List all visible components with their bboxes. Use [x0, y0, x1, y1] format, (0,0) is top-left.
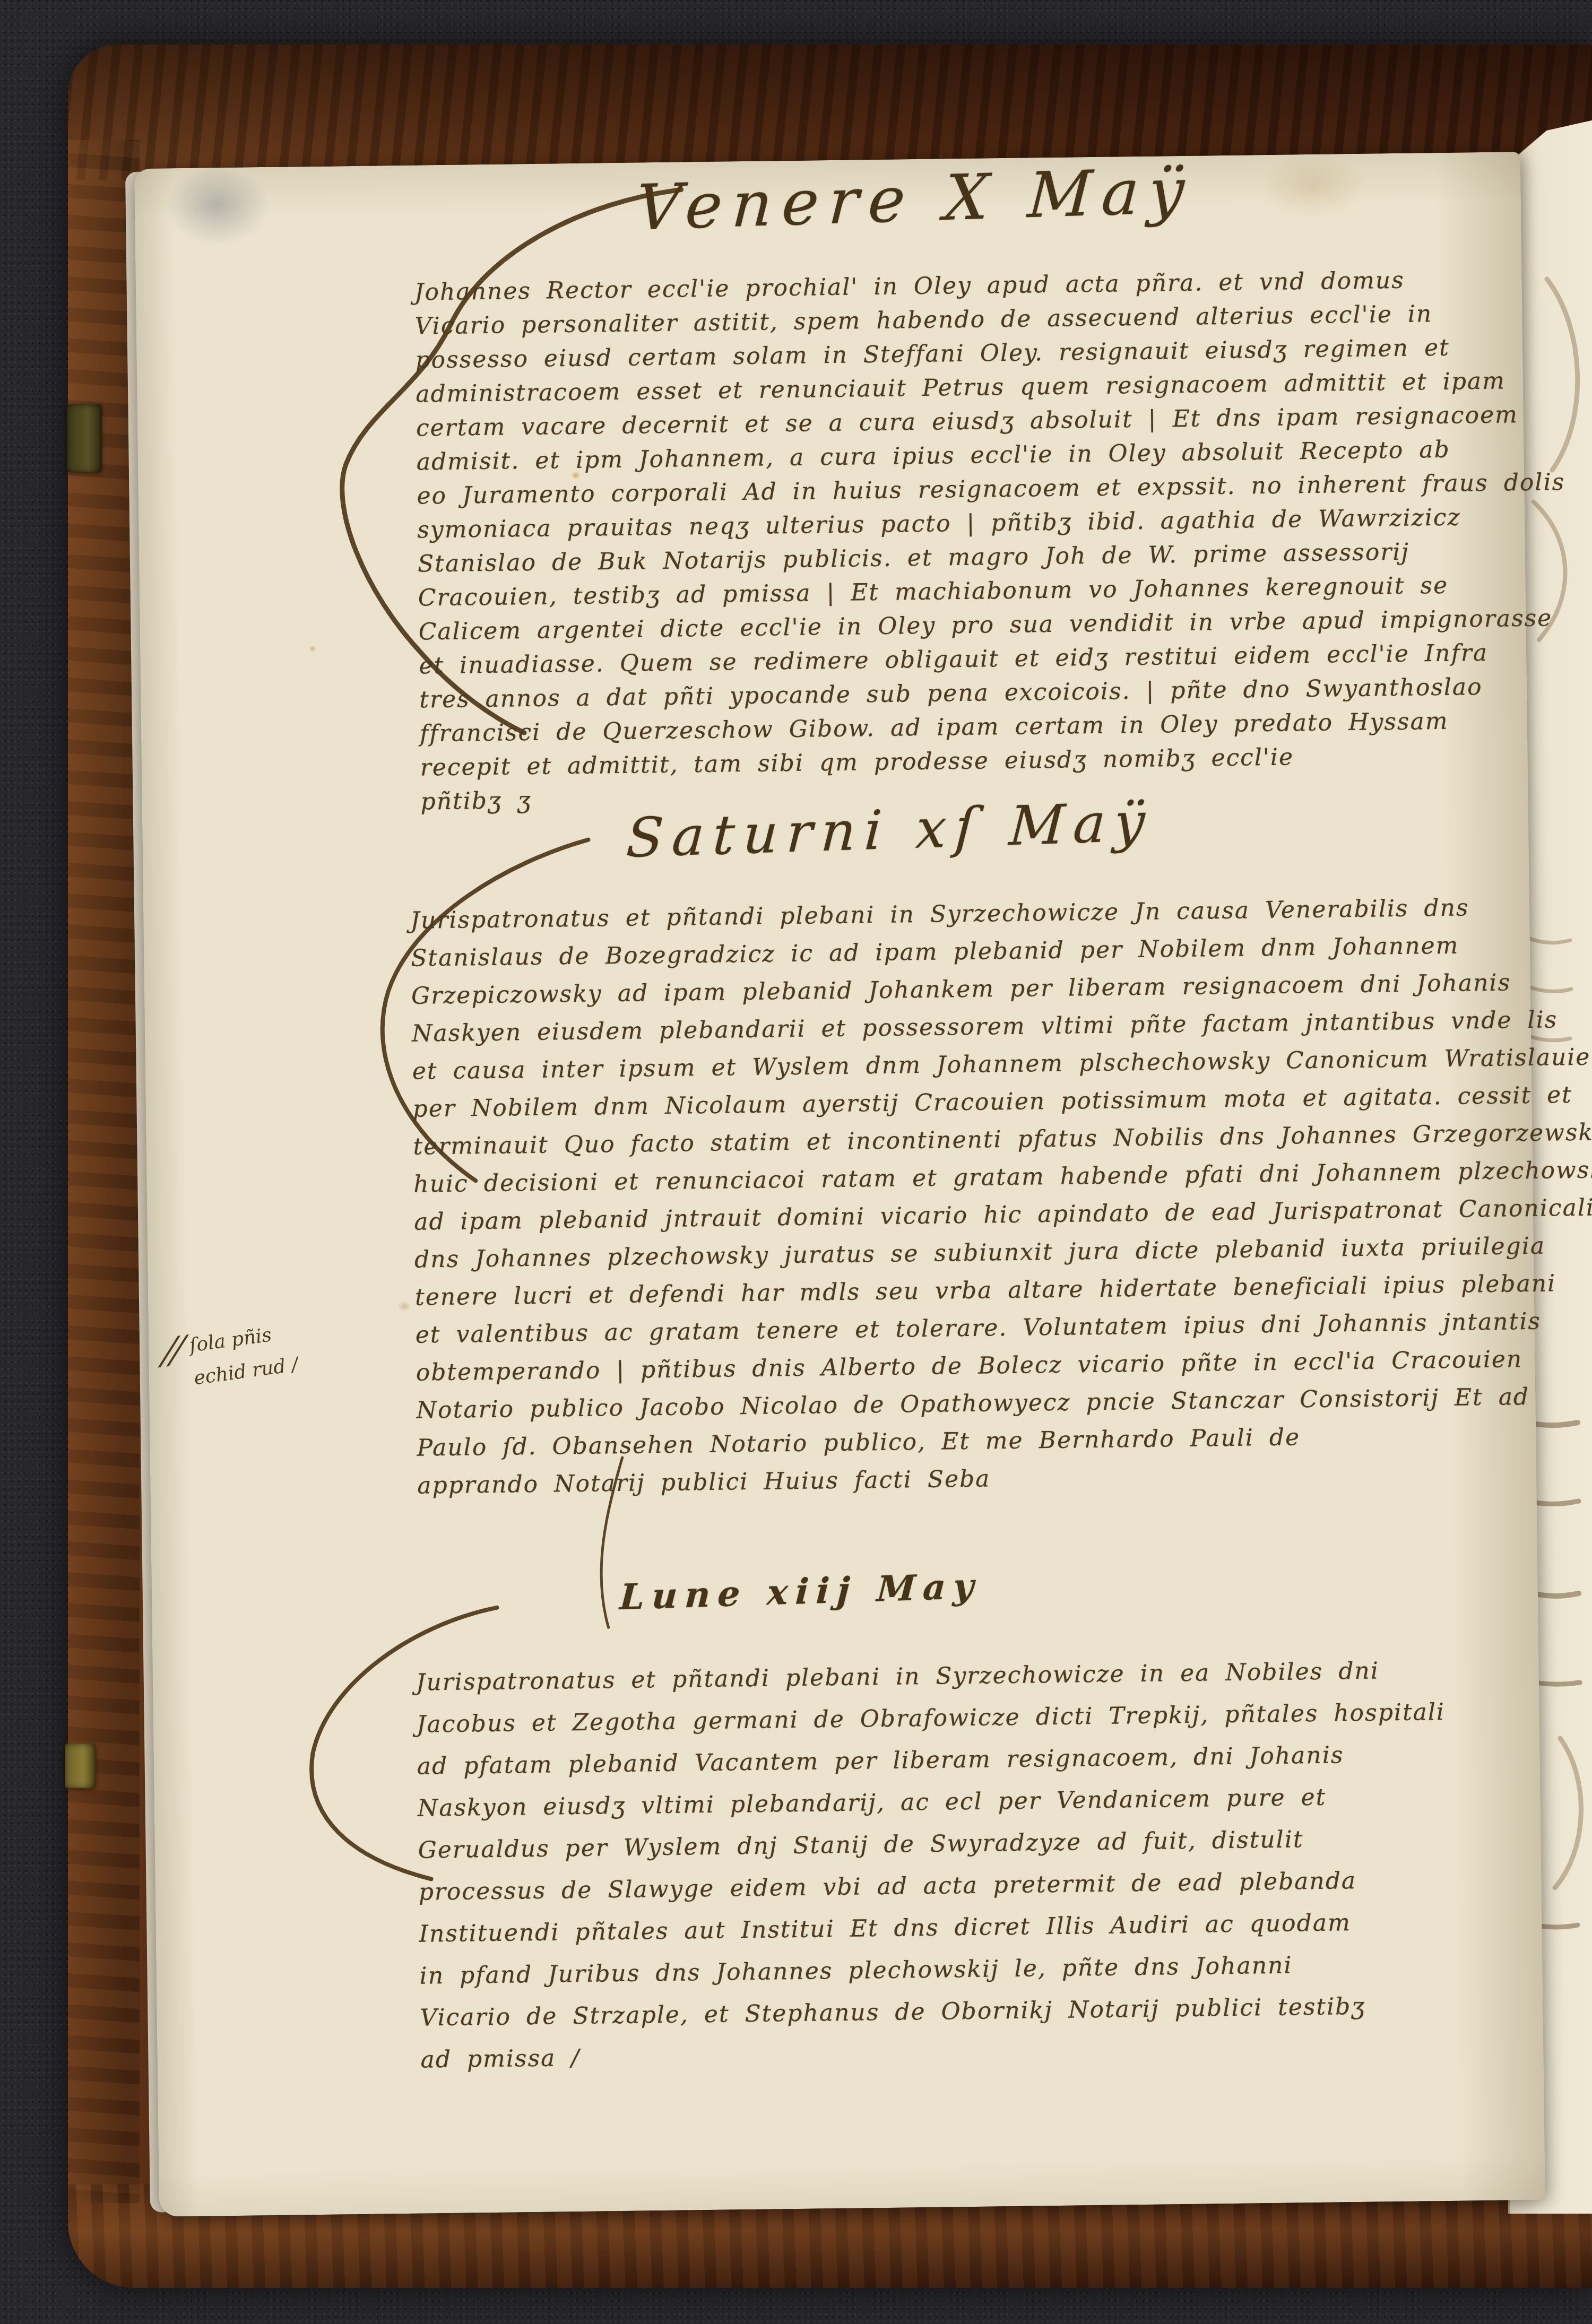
- entry-paragraph-veneris: Johannes Rector eccl'ie prochial' in Ole…: [414, 263, 1569, 820]
- manuscript-scan: Venere X Maÿ Johannes Rector eccl'ie pro…: [0, 0, 1592, 2324]
- clasp-remnant-bottom: [65, 1744, 96, 1788]
- ink-stain: [309, 645, 316, 652]
- pencil-smudge: [165, 165, 270, 246]
- marginal-note-text: ſola pñis echid rud ∕: [187, 1316, 300, 1395]
- entry-heading-veneris: Venere X Maÿ: [634, 153, 1196, 244]
- entry-paragraph-saturni: Jurispatronatus et pñtandi plebani in Sy…: [410, 889, 1592, 1507]
- ink-stain: [397, 1301, 411, 1312]
- manuscript-page: Venere X Maÿ Johannes Rector eccl'ie pro…: [134, 152, 1545, 2217]
- entry-paragraph-lune: Jurispatronatus et pñtandi plebani in Sy…: [416, 1652, 1449, 2084]
- entry-heading-lune: Lune xiij May: [619, 1565, 982, 1618]
- clasp-remnant-top: [67, 404, 102, 472]
- marginal-note: ∕∕ ſola pñis echid rud ∕: [161, 1316, 300, 1399]
- marginal-note-mark: ∕∕: [160, 1330, 184, 1371]
